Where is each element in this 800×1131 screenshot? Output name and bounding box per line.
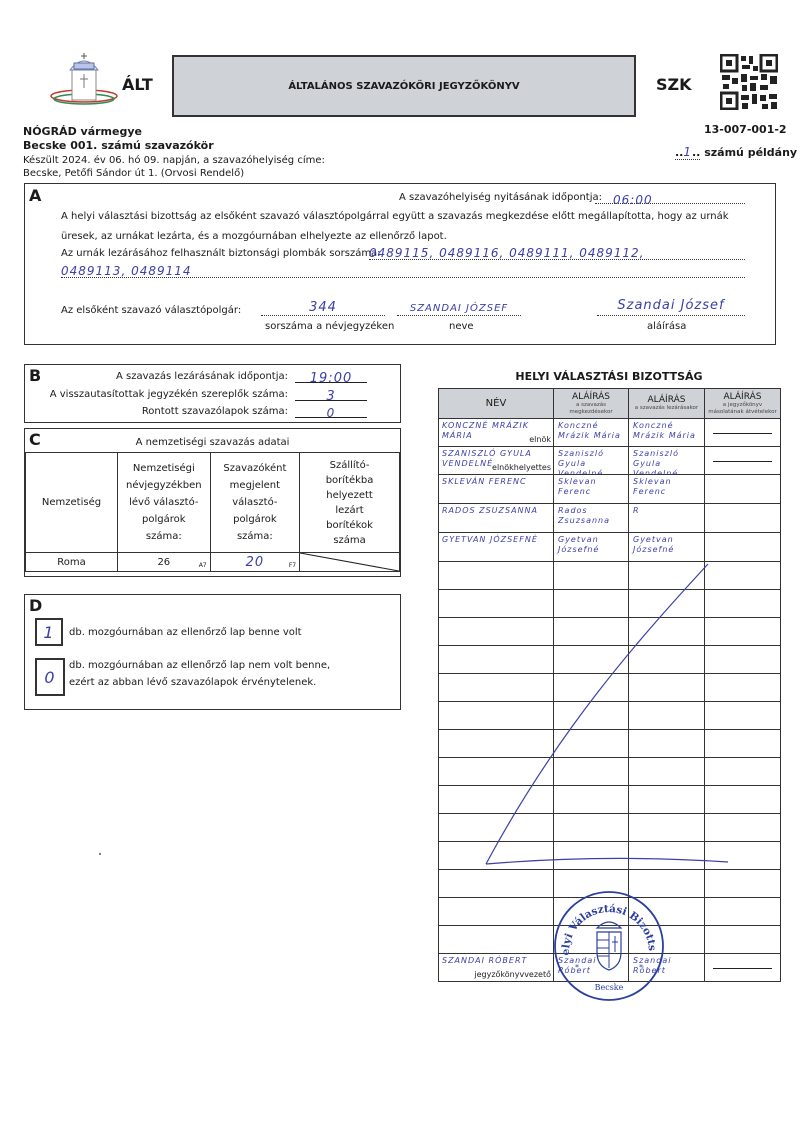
section-b-letter: B xyxy=(29,366,41,385)
member-role: jegyzőkönyvvezető xyxy=(474,970,551,979)
signature-open: Gyetvan Józsefné xyxy=(558,535,628,555)
copy-number-value: 1 xyxy=(683,145,692,159)
signature-open-cell[interactable]: Konczné Mrázik Mária xyxy=(554,419,629,447)
copy-received-cell[interactable] xyxy=(705,447,781,475)
polling-address: Becske, Petőfi Sándor út 1. (Orvosi Rend… xyxy=(23,168,244,179)
caption-signature: aláírása xyxy=(647,321,686,332)
member-name-cell[interactable]: SZANDAI RÓBERTjegyzőkönyvvezető xyxy=(439,954,554,982)
envelopes-count-crossed xyxy=(300,553,400,572)
with-sheet-label: db. mozgóurnában az ellenőrző lap benne … xyxy=(69,627,302,638)
signature-close-cell[interactable]: Szaniszló Gyula Vendelné xyxy=(629,447,705,475)
copy-received-cell[interactable] xyxy=(705,533,781,562)
signature-close: Szaniszló Gyula Vendelné xyxy=(633,449,704,475)
member-role: elnökhelyettes xyxy=(492,463,551,472)
svg-text:*: * xyxy=(575,963,579,972)
seals-field-line-1[interactable]: 0489115, 0489116, 0489111, 0489112, xyxy=(369,242,745,260)
col-envelopes: Szállító-borítékba helyezett lezárt borí… xyxy=(300,453,400,553)
member-row: RADOS ZSUZSANNARados ZsuzsannaR xyxy=(439,504,781,533)
form-code-left: ÁLT xyxy=(122,75,153,94)
section-a: A A szavazóhelyiség nyitásának időpontja… xyxy=(24,183,776,345)
signature-open: Szaniszló Gyula Vendelné xyxy=(558,449,628,475)
svg-text:Becske: Becske xyxy=(595,983,624,992)
copy-number-label: számú példány xyxy=(704,146,797,159)
form-code-right: SZK xyxy=(656,75,692,94)
member-row: SZANISZLÓ GYULA VENDELNÉelnökhelyettesSz… xyxy=(439,447,781,475)
rejected-count-field[interactable]: 3 xyxy=(295,385,367,401)
svg-text:*: * xyxy=(639,963,643,972)
member-name-cell[interactable] xyxy=(439,898,554,926)
nationality-table-header: Nemzetiség Nemzetiségi névjegyzékben lév… xyxy=(26,453,400,553)
member-name-cell[interactable]: SKLEVÁN FERENC xyxy=(439,475,554,504)
caption-name: neve xyxy=(449,321,474,332)
signature-close-cell[interactable]: Sklevan Ferenc xyxy=(629,475,705,504)
copy-received-cell[interactable] xyxy=(705,475,781,504)
copy-received-line xyxy=(713,968,772,969)
col-sig-close: ALÁÍRÁSa szavazás lezárásakor xyxy=(629,389,705,419)
col-copy-received: ALÁÍRÁSa jegyzőkönyv másolatának átvétel… xyxy=(705,389,781,419)
seals-field-line-2[interactable]: 0489113, 0489114 xyxy=(61,260,745,278)
without-sheet-count-field[interactable]: 0 xyxy=(35,658,65,696)
first-voter-signature-field[interactable]: Szandai József xyxy=(597,294,745,316)
member-name-cell[interactable] xyxy=(439,926,554,954)
document-title: ÁLTALÁNOS SZAVAZÓKÖRI JEGYZŐKÖNYV xyxy=(172,55,636,117)
signature-open-cell[interactable]: Sklevan Ferenc xyxy=(554,475,629,504)
member-name: GYETVAN JÓZSEFNÉ xyxy=(442,535,538,545)
member-row: GYETVAN JÓZSEFNÉGyetvan JózsefnéGyetvan … xyxy=(439,533,781,562)
nationality-row: Roma 26 A7 20 F7 xyxy=(26,553,400,572)
first-voter-name-field[interactable]: SZANDAI JÓZSEF xyxy=(397,296,521,316)
nationality-table: Nemzetiség Nemzetiségi névjegyzékben lév… xyxy=(25,452,400,572)
member-name-cell[interactable]: RADOS ZSUZSANNA xyxy=(439,504,554,533)
member-name: SZANDAI RÓBERT xyxy=(442,956,527,966)
copy-received-cell[interactable] xyxy=(705,898,781,926)
nationality-name: Roma xyxy=(26,553,118,572)
scan-artifact xyxy=(99,853,101,855)
member-name: RADOS ZSUZSANNA xyxy=(442,506,538,516)
official-stamp: Helyi Választási Bizottság Becske * * xyxy=(553,890,665,1002)
member-name-cell[interactable]: GYETVAN JÓZSEFNÉ xyxy=(439,533,554,562)
section-d: D 1 db. mozgóurnában az ellenőrző lap be… xyxy=(24,594,401,710)
document-code: 13-007-001-2 xyxy=(704,123,787,136)
cancel-stroke xyxy=(438,560,780,880)
committee-title: HELYI VÁLASZTÁSI BIZOTTSÁG xyxy=(438,370,780,383)
signature-close: Sklevan Ferenc xyxy=(633,477,704,497)
copy-received-cell[interactable] xyxy=(705,504,781,533)
col-sig-open: ALÁÍRÁSa szavazás megkezdésekor xyxy=(554,389,629,419)
voted-code: F7 xyxy=(289,562,296,569)
spoiled-count-field[interactable]: 0 xyxy=(295,402,367,418)
created-date: Készült 2024. év 06. hó 09. napján, a sz… xyxy=(23,155,325,166)
registered-code: A7 xyxy=(199,562,207,569)
copy-received-cell[interactable] xyxy=(705,926,781,954)
opening-time-label: A szavazóhelyiség nyitásának időpontja: xyxy=(399,192,602,203)
signature-close: Konczné Mrázik Mária xyxy=(633,421,704,441)
closing-time-label: A szavazás lezárásának időpontja: xyxy=(116,371,288,382)
signature-open-cell[interactable]: Szaniszló Gyula Vendelné xyxy=(554,447,629,475)
spoiled-label: Rontott szavazólapok száma: xyxy=(142,406,288,417)
col-voted: Szavazóként megjelent választó-polgárok … xyxy=(210,453,299,553)
statement-line-1: A helyi választási bizottság az elsőként… xyxy=(61,211,729,222)
col-name: NÉV xyxy=(439,389,554,419)
closing-time-field[interactable]: 19:00 xyxy=(295,367,367,383)
signature-close-cell[interactable]: Gyetvan Józsefné xyxy=(629,533,705,562)
signature-open-cell[interactable]: Rados Zsuzsanna xyxy=(554,504,629,533)
with-sheet-count-field[interactable]: 1 xyxy=(35,618,63,646)
signature-open: Rados Zsuzsanna xyxy=(558,506,628,526)
signature-close: R xyxy=(633,506,640,516)
col-nationality: Nemzetiség xyxy=(26,453,118,553)
member-name: SKLEVÁN FERENC xyxy=(442,477,527,487)
member-row: KONCZNÉ MRÁZIK MÁRIAelnökKonczné Mrázik … xyxy=(439,419,781,447)
section-a-letter: A xyxy=(29,186,41,205)
col-registered: Nemzetiségi névjegyzékben lévő választó-… xyxy=(118,453,211,553)
signature-open-cell[interactable]: Gyetvan Józsefné xyxy=(554,533,629,562)
signature-open: Konczné Mrázik Mária xyxy=(558,421,628,441)
county: NÓGRÁD vármegye xyxy=(23,125,142,138)
copy-received-cell[interactable] xyxy=(705,419,781,447)
signature-open: Sklevan Ferenc xyxy=(558,477,628,497)
qr-code-icon xyxy=(720,54,778,110)
copy-received-line xyxy=(713,461,772,462)
caption-number: sorszáma a névjegyzéken xyxy=(265,321,394,332)
without-sheet-label-2: ezért az abban lévő szavazólapok érvényt… xyxy=(69,677,316,688)
rejected-label: A visszautasítottak jegyzékén szereplők … xyxy=(50,389,288,400)
coat-of-arms-logo-icon xyxy=(48,52,120,112)
first-voter-number-field[interactable]: 344 xyxy=(261,296,385,316)
opening-time-field[interactable]: 06:00 xyxy=(595,189,745,204)
first-voter-label: Az elsőként szavazó választópolgár: xyxy=(61,305,241,316)
copy-number: ..1.. számú példány xyxy=(675,145,797,159)
section-b: B A szavazás lezárásának időpontja: 19:0… xyxy=(24,364,401,423)
coat-of-arms-icon xyxy=(597,922,621,970)
section-d-letter: D xyxy=(29,596,42,615)
section-c-title: A nemzetiségi szavazás adatai xyxy=(25,437,400,448)
without-sheet-label-1: db. mozgóurnában az ellenőrző lap nem vo… xyxy=(69,660,330,671)
statement-line-2: üresek, az urnákat lezárta, és a mozgóur… xyxy=(61,231,447,242)
member-name-cell[interactable]: SZANISZLÓ GYULA VENDELNÉelnökhelyettes xyxy=(439,447,554,475)
section-c: C A nemzetiségi szavazás adatai Nemzetis… xyxy=(24,428,401,577)
member-role: elnök xyxy=(529,435,551,444)
seals-label: Az urnák lezárásához felhasznált biztons… xyxy=(61,248,381,259)
polling-district: Becske 001. számú szavazókör xyxy=(23,139,214,152)
registered-count: 26 A7 xyxy=(118,553,211,572)
signature-close: Gyetvan Józsefné xyxy=(633,535,704,555)
signature-close-cell[interactable]: R xyxy=(629,504,705,533)
committee-header-row: NÉV ALÁÍRÁSa szavazás megkezdésekor ALÁÍ… xyxy=(439,389,781,419)
copy-received-cell[interactable] xyxy=(705,954,781,982)
member-name-cell[interactable]: KONCZNÉ MRÁZIK MÁRIAelnök xyxy=(439,419,554,447)
signature-close-cell[interactable]: Konczné Mrázik Mária xyxy=(629,419,705,447)
member-row: SKLEVÁN FERENCSklevan FerencSklevan Fere… xyxy=(439,475,781,504)
voted-count-field[interactable]: 20 F7 xyxy=(210,553,299,572)
copy-received-line xyxy=(713,433,772,434)
